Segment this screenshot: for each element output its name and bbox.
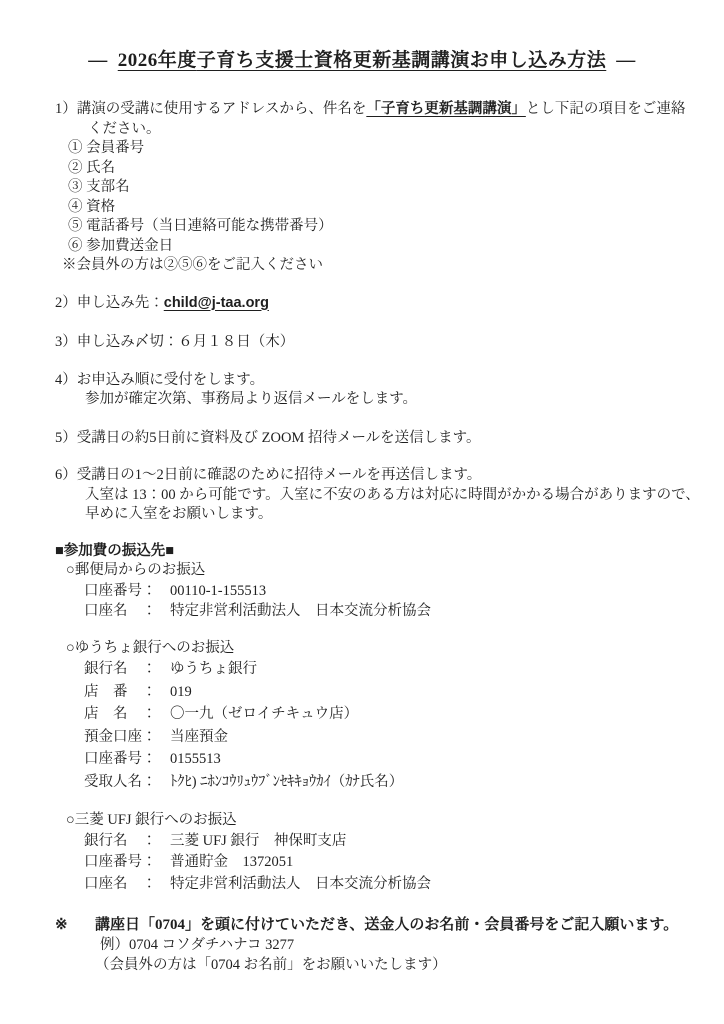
row-value: 00110-1-155513 <box>170 581 266 601</box>
step-1-text-post: とし下記の項目をご連絡 <box>526 101 686 117</box>
ufj-bank-title: ○三菱 UFJ 銀行へのお振込 <box>0 811 724 831</box>
row-value: 普通貯金 1372051 <box>170 852 293 874</box>
yucho-account-type-row: 預金口座： 当座預金 <box>0 726 724 749</box>
postal-account-number-row: 口座番号： 00110-1-155513 <box>0 581 724 601</box>
title-main: 子育ち支援士資格更新基調講演お申し込み方法 <box>197 50 607 71</box>
item-qualification: ④ 資格 <box>68 198 724 218</box>
postal-transfer-title: ○郵便局からのお振込 <box>0 561 724 581</box>
row-label: 店 名 ： <box>84 703 162 726</box>
ufj-account-name-row: 口座名 ： 特定非営利活動法人 日本交流分析協会 <box>0 874 724 896</box>
row-label: 口座番号： <box>84 581 162 601</box>
row-label: 口座名 ： <box>84 601 162 621</box>
asterisk-marker: ※ <box>55 915 95 935</box>
row-value: 三菱 UFJ 銀行 神保町支店 <box>170 831 346 853</box>
step-2: 2）申し込み先：child@j-taa.org <box>0 294 724 314</box>
item-member-number: ① 会員番号 <box>68 139 724 159</box>
step-1-text-pre: 1）講演の受講に使用するアドレスから、件名を <box>55 101 366 117</box>
title-dash-left: ― <box>78 50 118 71</box>
step-3: 3）申し込み〆切：６月１８日（木） <box>0 333 724 353</box>
application-email: child@j-taa.org <box>164 295 269 311</box>
payment-section: ■参加費の振込先■ ○郵便局からのお振込 口座番号： 00110-1-15551… <box>0 542 724 896</box>
postal-transfer-block: ○郵便局からのお振込 口座番号： 00110-1-155513 口座名 ： 特定… <box>0 561 724 621</box>
step-1-line-1: 1）講演の受講に使用するアドレスから、件名を「子育ち更新基調講演」とし下記の項目… <box>55 100 724 120</box>
item-name: ② 氏名 <box>68 159 724 179</box>
step-1-subject-name: 「子育ち更新基調講演」 <box>366 101 526 117</box>
yucho-account-number-row: 口座番号： 0155513 <box>0 748 724 771</box>
yucho-payee-name-row: 受取人名： ﾄｸﾋ) ﾆﾎﾝｺｳﾘｭｳﾌﾞﾝｾｷｷｮｳｶｲ（ｶﾅ氏名） <box>0 771 724 794</box>
step-1-nonmember-note: ※会員外の方は②⑤⑥をご記入ください <box>62 256 724 276</box>
row-value: 当座預金 <box>170 726 228 749</box>
payment-heading: ■参加費の振込先■ <box>0 542 724 562</box>
yucho-bank-block: ○ゆうちょ銀行へのお振込 銀行名 ： ゆうちょ銀行 店 番 ： 019 店 名 … <box>0 639 724 794</box>
row-value: ゆうちょ銀行 <box>170 658 257 681</box>
row-value: 019 <box>170 681 192 704</box>
step-1-line-2: ください。 <box>88 120 724 140</box>
row-label: 口座番号： <box>84 852 162 874</box>
yucho-branch-name-row: 店 名 ： 〇一九（ゼロイチキュウ店） <box>0 703 724 726</box>
title-year: 2026年度 <box>118 50 197 71</box>
step-4: 4）お申込み順に受付をします。 参加が確定次第、事務局より返信メールをします。 <box>0 371 724 410</box>
item-payment-date: ⑥ 参加費送金日 <box>68 237 724 257</box>
step-1: 1）講演の受講に使用するアドレスから、件名を「子育ち更新基調講演」とし下記の項目… <box>0 100 724 276</box>
yucho-bank-title: ○ゆうちょ銀行へのお振込 <box>0 639 724 659</box>
row-value: 特定非営利活動法人 日本交流分析協会 <box>170 601 431 621</box>
row-label: 口座番号： <box>84 748 162 771</box>
yucho-bank-name-row: 銀行名 ： ゆうちょ銀行 <box>0 658 724 681</box>
row-label: 銀行名 ： <box>84 658 162 681</box>
step-2-label: 2）申し込み先： <box>55 295 164 311</box>
page-title: ―2026年度子育ち支援士資格更新基調講演お申し込み方法― <box>0 48 724 74</box>
remittance-note-text: 講座日「0704」を頭に付けていただき、送金人のお名前・会員番号をご記入願います… <box>95 915 678 935</box>
postal-account-name-row: 口座名 ： 特定非営利活動法人 日本交流分析協会 <box>0 601 724 621</box>
step-1-required-items: ① 会員番号 ② 氏名 ③ 支部名 ④ 資格 ⑤ 電話番号（当日連絡可能な携帯番… <box>68 139 724 256</box>
ufj-bank-block: ○三菱 UFJ 銀行へのお振込 銀行名 ： 三菱 UFJ 銀行 神保町支店 口座… <box>0 811 724 895</box>
item-branch-name: ③ 支部名 <box>68 178 724 198</box>
ufj-bank-name-row: 銀行名 ： 三菱 UFJ 銀行 神保町支店 <box>0 831 724 853</box>
step-6-line-2: 入室は 13：00 から可能です。入室に不安のある方は対応に時間がかかる場合があ… <box>85 486 724 506</box>
row-label: 銀行名 ： <box>84 831 162 853</box>
step-6-line-3: 早めに入室をお願いします。 <box>85 505 724 525</box>
row-value: ﾄｸﾋ) ﾆﾎﾝｺｳﾘｭｳﾌﾞﾝｾｷｷｮｳｶｲ（ｶﾅ氏名） <box>170 771 403 794</box>
yucho-branch-number-row: 店 番 ： 019 <box>0 681 724 704</box>
step-6: 6）受講日の1～2日前に確認のために招待メールを再送信します。 入室は 13：0… <box>0 466 724 525</box>
remittance-note: ※ 講座日「0704」を頭に付けていただき、送金人のお名前・会員番号をご記入願い… <box>0 915 724 975</box>
remittance-example: 例）0704 コソダチハナコ 3277 <box>0 935 724 955</box>
row-label: 受取人名： <box>84 771 162 794</box>
remittance-nonmember-note: （会員外の方は「0704 お名前」をお願いいたします） <box>0 955 724 975</box>
row-label: 口座名 ： <box>84 874 162 896</box>
ufj-account-number-row: 口座番号： 普通貯金 1372051 <box>0 852 724 874</box>
row-value: 〇一九（ゼロイチキュウ店） <box>170 703 358 726</box>
step-4-line-1: 4）お申込み順に受付をします。 <box>55 371 724 391</box>
row-label: 店 番 ： <box>84 681 162 704</box>
remittance-note-main: ※ 講座日「0704」を頭に付けていただき、送金人のお名前・会員番号をご記入願い… <box>0 915 724 935</box>
step-6-line-1: 6）受講日の1～2日前に確認のために招待メールを再送信します。 <box>55 466 724 486</box>
row-value: 0155513 <box>170 748 221 771</box>
step-4-line-2: 参加が確定次第、事務局より返信メールをします。 <box>85 390 724 410</box>
title-dash-right: ― <box>606 50 646 71</box>
document-page: ―2026年度子育ち支援士資格更新基調講演お申し込み方法― 1）講演の受講に使用… <box>0 0 724 1024</box>
step-5-text: 5）受講日の約5日前に資料及び ZOOM 招待メールを送信します。 <box>55 429 724 449</box>
row-label: 預金口座： <box>84 726 162 749</box>
step-3-deadline: 3）申し込み〆切：６月１８日（木） <box>55 333 724 353</box>
row-value: 特定非営利活動法人 日本交流分析協会 <box>170 874 431 896</box>
item-phone-number: ⑤ 電話番号（当日連絡可能な携帯番号） <box>68 217 724 237</box>
step-5: 5）受講日の約5日前に資料及び ZOOM 招待メールを送信します。 <box>0 429 724 449</box>
